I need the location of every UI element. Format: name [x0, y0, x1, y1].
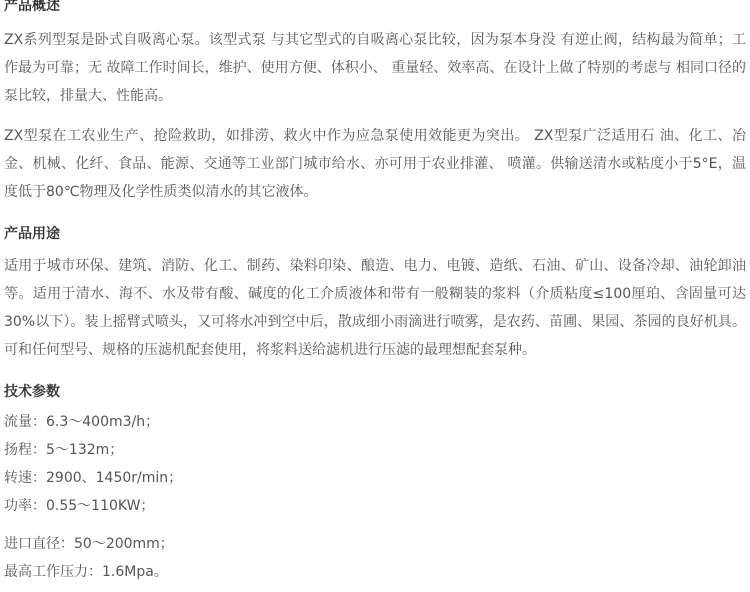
product-document: 产品概述 ZX系列型泵是卧式自吸离心泵。该型式泵 与其它型式的自吸离心泵比较，因… [0, 0, 750, 586]
specs-list-1: 流量：6.3～400m3/h； 扬程：5～132m； 转速：2900、1450r… [4, 408, 750, 520]
overview-heading: 产品概述 [4, 0, 750, 16]
spec-power: 功率：0.55～110KW； [4, 492, 750, 520]
specs-list-2: 进口直径：50～200mm； 最高工作压力：1.6Mpa。 [4, 530, 750, 586]
overview-paragraph-2: ZX型泵在工农业生产、抢险救助，如排涝、救火中作为应急泵使用效能更为突出。 ZX… [4, 122, 746, 206]
overview-paragraph-1: ZX系列型泵是卧式自吸离心泵。该型式泵 与其它型式的自吸离心泵比较，因为泵本身没… [4, 26, 746, 110]
spec-inlet-diameter: 进口直径：50～200mm； [4, 530, 750, 558]
specs-heading: 技术参数 [4, 382, 750, 402]
spec-flow: 流量：6.3～400m3/h； [4, 408, 750, 436]
spec-max-pressure: 最高工作压力：1.6Mpa。 [4, 558, 750, 586]
usage-paragraph: 适用于城市环保、建筑、消防、化工、制药、染料印染、酿造、电力、电镀、造纸、石油、… [4, 252, 746, 364]
spec-head: 扬程：5～132m； [4, 436, 750, 464]
usage-heading: 产品用途 [4, 224, 750, 244]
spec-speed: 转速：2900、1450r/min； [4, 464, 750, 492]
